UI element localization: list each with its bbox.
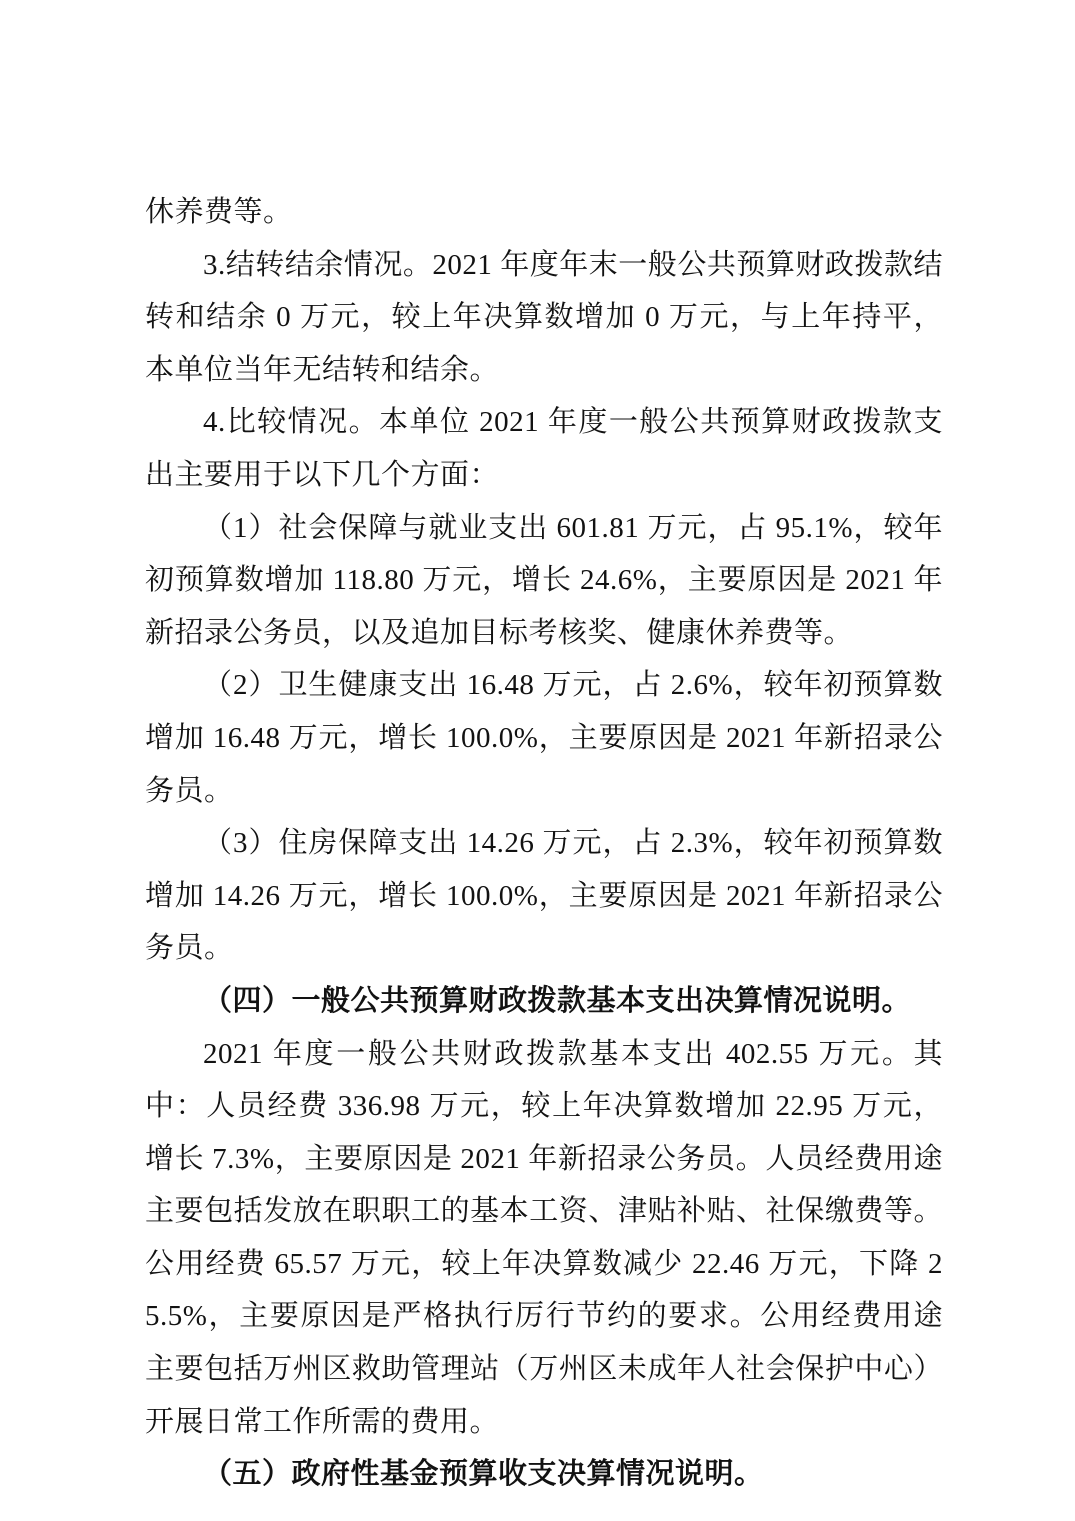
para-comparison-intro: 4.比较情况。本单位 2021 年度一般公共预算财政拨款支出主要用于以下几个方面… (145, 396, 943, 501)
heading-section-5-government-funds: （五）政府性基金预算收支决算情况说明。 (145, 1448, 943, 1501)
document-page: 休养费等。 3.结转结余情况。2021 年度年末一般公共预算财政拨款结转和结余 … (0, 0, 1075, 1521)
document-body: 休养费等。 3.结转结余情况。2021 年度年末一般公共预算财政拨款结转和结余 … (145, 186, 943, 1501)
para-carryover-balance: 3.结转结余情况。2021 年度年末一般公共预算财政拨款结转和结余 0 万元，较… (145, 239, 943, 397)
heading-section-4-basic-expenditure: （四）一般公共预算财政拨款基本支出决算情况说明。 (145, 975, 943, 1028)
para-item-2-health-expenditure: （2）卫生健康支出 16.48 万元，占 2.6%，较年初预算数增加 16.48… (145, 659, 943, 817)
para-continuation-recuperation-fees: 休养费等。 (145, 186, 943, 239)
para-item-3-housing-expenditure: （3）住房保障支出 14.26 万元，占 2.3%，较年初预算数增加 14.26… (145, 817, 943, 975)
para-basic-expenditure-details: 2021 年度一般公共财政拨款基本支出 402.55 万元。其中：人员经费 33… (145, 1028, 943, 1449)
para-item-1-social-security-expenditure: （1）社会保障与就业支出 601.81 万元，占 95.1%，较年初预算数增加 … (145, 502, 943, 660)
